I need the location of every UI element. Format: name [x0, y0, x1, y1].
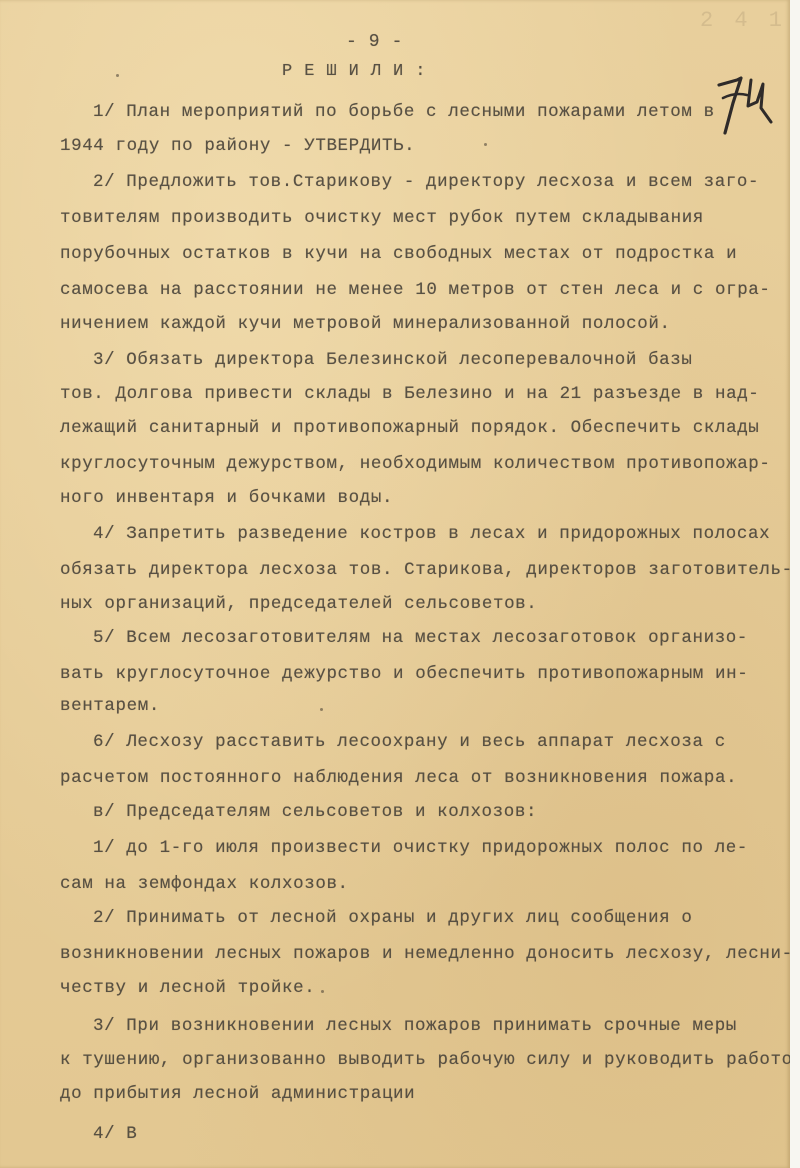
doc-line: товителям производить очистку мест рубок… [60, 208, 704, 228]
doc-line: ного инвентаря и бочками воды. [60, 488, 393, 508]
doc-line: сам на земфондах колхозов. [60, 874, 349, 894]
doc-line: 1/ План мероприятий по борьбе с лесными … [93, 102, 715, 122]
doc-line: ничением каждой кучи метровой минерализо… [60, 314, 671, 334]
doc-line: 3/ Обязать директора Белезинской лесопер… [93, 350, 693, 370]
doc-line: 4/ В [93, 1124, 137, 1144]
doc-line: 1944 году по району - УТВЕРДИТЬ. [60, 136, 415, 156]
faint-corner-mark: 2 4 1 [700, 8, 786, 33]
page-number: - 9 - [346, 32, 403, 52]
doc-line: 3/ При возникновении лесных пожаров прин… [93, 1016, 737, 1036]
doc-line: вать круглосуточное дежурство и обеспечи… [60, 664, 748, 684]
doc-line: лежащий санитарный и противопожарный пор… [60, 418, 759, 438]
doc-line: до прибытия лесной администрации [60, 1084, 415, 1104]
doc-line: порубочных остатков в кучи на свободных … [60, 244, 737, 264]
ink-speck [320, 708, 323, 711]
doc-line: 1/ до 1-го июля произвести очистку придо… [93, 838, 748, 858]
paper-edge [790, 0, 800, 1168]
ink-speck [484, 143, 487, 146]
document-page: 2 4 1 - 9 - РЕШИЛИ: 74 1/ План мероприят… [0, 0, 790, 1168]
doc-line: круглосуточным дежурством, необходимым к… [60, 454, 771, 474]
doc-line: 5/ Всем лесозаготовителям на местах лесо… [93, 628, 748, 648]
doc-line: тов. Долгова привести склады в Белезино … [60, 384, 759, 404]
archive-sheet-number-handwritten: 74 [715, 58, 795, 138]
doc-line: 4/ Запретить разведение костров в лесах … [93, 524, 770, 544]
doc-line: честву и лесной тройке. [60, 978, 315, 998]
doc-line: в/ Председателям сельсоветов и колхозов: [93, 802, 537, 822]
doc-line: самосева на расстоянии не менее 10 метро… [60, 280, 771, 300]
doc-line: вентарем. [60, 696, 160, 716]
doc-line: расчетом постоянного наблюдения леса от … [60, 768, 737, 788]
doc-line: 2/ Предложить тов.Старикову - директору … [93, 172, 759, 192]
doc-line: обязать директора лесхоза тов. Старикова… [60, 560, 793, 580]
doc-line: возникновении лесных пожаров и немедленн… [60, 944, 793, 964]
doc-line: 2/ Принимать от лесной охраны и других л… [93, 908, 693, 928]
ink-speck [321, 990, 324, 993]
ink-speck [116, 74, 119, 77]
doc-line: к тушению, организованно выводить рабочу… [60, 1050, 800, 1070]
doc-line: ных организаций, председателей сельсовет… [60, 594, 537, 614]
decision-title: РЕШИЛИ: [282, 62, 437, 81]
doc-line: 6/ Лесхозу расставить лесоохрану и весь … [93, 732, 726, 752]
